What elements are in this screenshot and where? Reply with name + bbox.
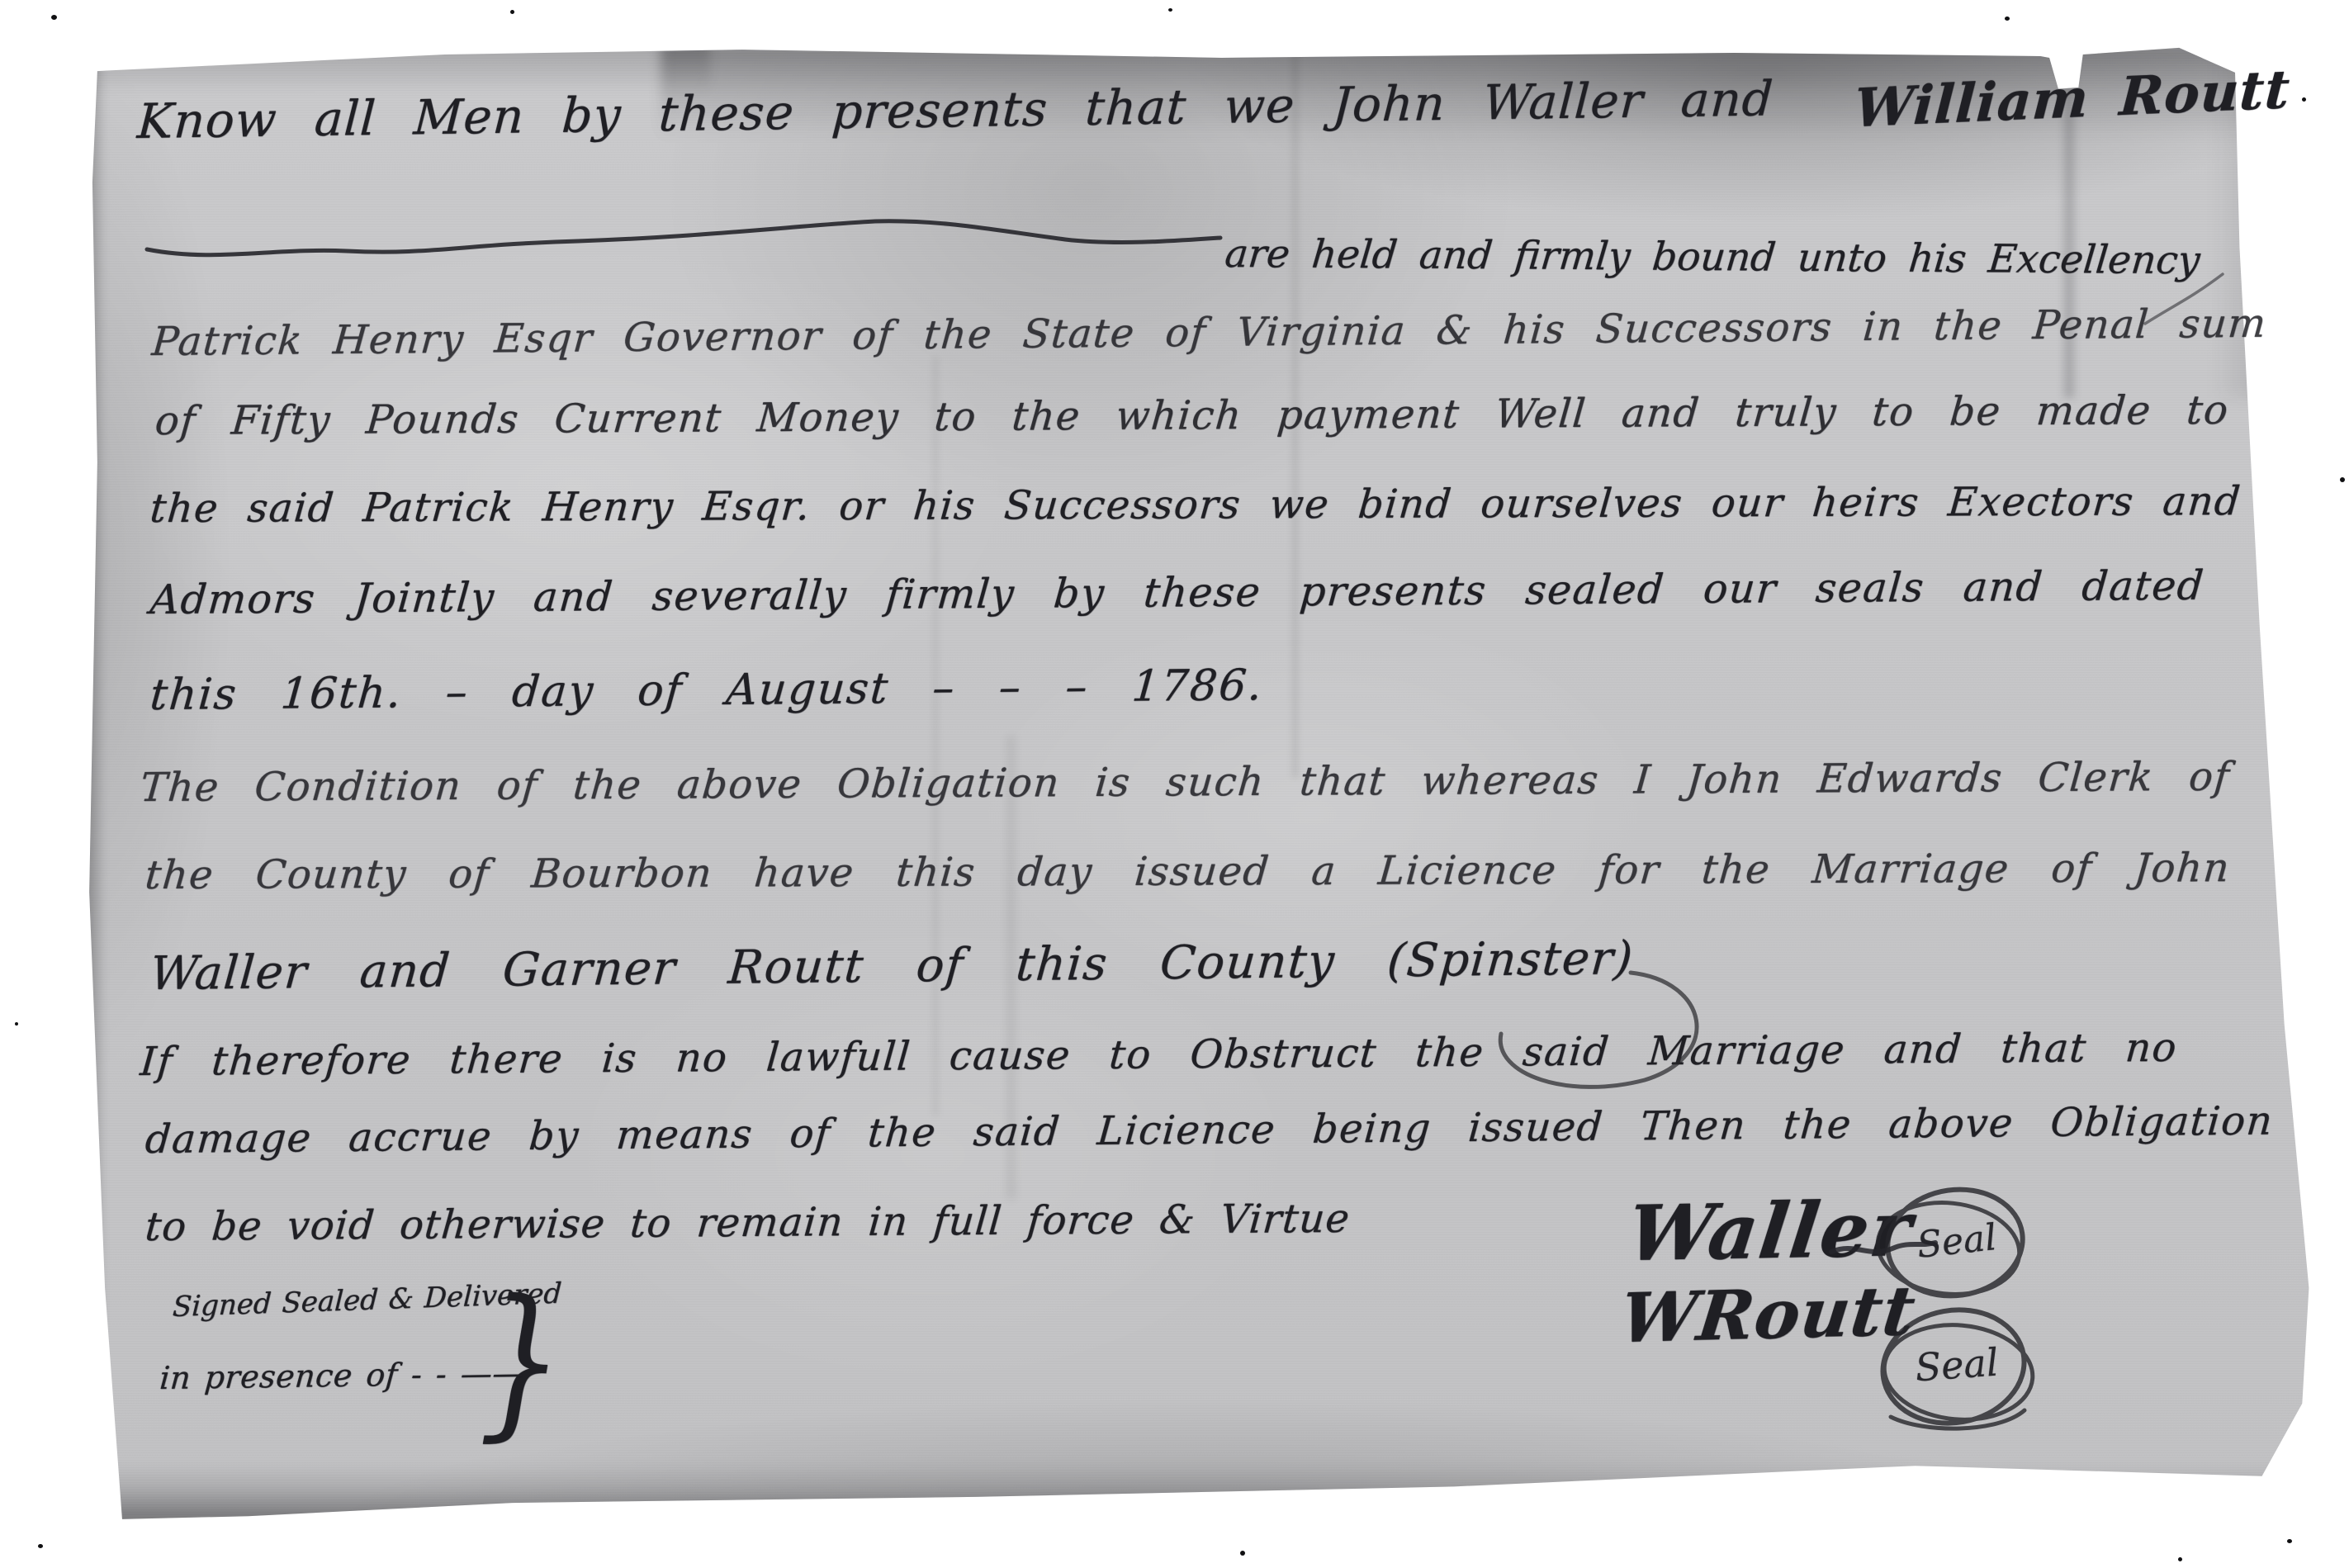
scan-speck	[38, 1544, 43, 1548]
presence-line: in presence of - - ——	[159, 1357, 525, 1394]
signature-routt: WRoutt	[1617, 1277, 1920, 1353]
manuscript-line-8: The Condition of the above Obligation is…	[139, 757, 2232, 808]
manuscript-line-7-date: this 16th. – day of August – – – 1786.	[149, 664, 1265, 717]
scan-speck	[2005, 17, 2010, 21]
scan-speck	[1168, 8, 1172, 12]
manuscript-line-5: the said Patrick Henry Esqr. or his Succ…	[149, 481, 2242, 528]
scan-speck	[510, 10, 514, 14]
scan-speck	[2340, 477, 2345, 482]
manuscript-line-2: are held and firmly bound unto his Excel…	[1224, 234, 2202, 280]
left-edge-smudge	[83, 43, 106, 1525]
top-left-smudge	[83, 43, 710, 92]
seal-label-2: Seal	[1894, 1338, 2019, 1391]
manuscript-line-9: the County of Bourbon have this day issu…	[144, 848, 2232, 895]
scan-speck	[1240, 1551, 1245, 1556]
scan-speck	[2178, 1557, 2182, 1561]
manuscript-line-4: of Fifty Pounds Current Money to the whi…	[154, 391, 2231, 441]
bottom-edge-smudge	[83, 1463, 2320, 1525]
fold-crease	[933, 357, 938, 1116]
scan-speck	[2287, 1539, 2292, 1543]
scan-speck	[2302, 97, 2306, 102]
manuscript-line-13: to be void otherwise to remain in full f…	[144, 1199, 1352, 1247]
scanned-document-screen: Know all Men by these presents that we J…	[0, 0, 2349, 1568]
signature-waller: Waller	[1624, 1191, 1917, 1272]
scan-speck	[15, 1022, 18, 1026]
scan-speck	[51, 15, 57, 20]
